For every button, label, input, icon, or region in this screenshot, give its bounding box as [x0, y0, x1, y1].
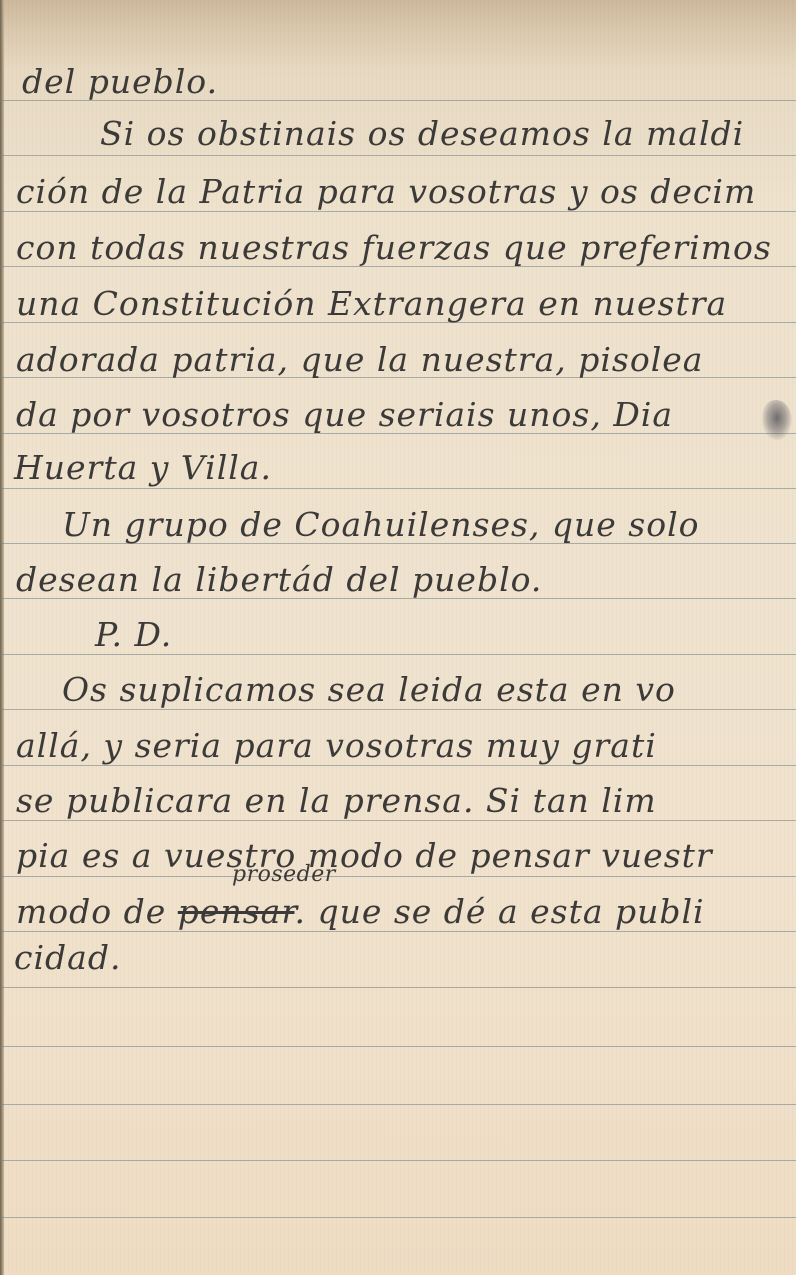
text-segment: . que se dé a esta publi	[294, 892, 704, 931]
text-line: se publicara en la prensa. Si tan lim	[16, 781, 657, 820]
ruled-line	[0, 1046, 796, 1047]
letter-page: del pueblo. Si os obstinais os deseamos …	[0, 0, 796, 1275]
struck-word: pensar	[178, 892, 295, 931]
ruled-line	[0, 820, 796, 821]
text-line: Os suplicamos sea leida esta en vo	[62, 670, 676, 709]
ruled-line	[0, 876, 796, 877]
postscript-label: P. D.	[95, 615, 172, 654]
text-line: Si os obstinais os deseamos la maldi	[100, 114, 744, 153]
text-line: adorada patria, que la nuestra, pisolea	[16, 340, 703, 379]
text-line: da por vosotros que seriais unos, Dia	[16, 395, 673, 434]
text-line-corrected: modo de pensar. que se dé a esta publi	[16, 892, 705, 931]
inserted-correction: proseder	[232, 862, 336, 887]
ink-blot	[762, 400, 792, 440]
text-line: pia es a vuestro modo de pensar vuestr	[16, 836, 713, 875]
ruled-line	[0, 1217, 796, 1218]
ruled-line	[0, 931, 796, 932]
ruled-line	[0, 155, 796, 156]
text-line: del pueblo.	[22, 62, 218, 101]
ruled-line	[0, 1104, 796, 1105]
text-line: ción de la Patria para vosotras y os dec…	[16, 172, 756, 211]
text-line: con todas nuestras fuerzas que preferimo…	[16, 228, 772, 267]
ruled-line	[0, 211, 796, 212]
ruled-line	[0, 709, 796, 710]
ruled-line	[0, 765, 796, 766]
text-line: allá, y seria para vosotras muy grati	[16, 726, 657, 765]
text-line: Un grupo de Coahuilenses, que solo	[62, 505, 700, 544]
page-left-edge	[0, 0, 4, 1275]
ruled-line	[0, 654, 796, 655]
text-line: cidad.	[14, 938, 121, 977]
ruled-line	[0, 987, 796, 988]
text-line: Huerta y Villa.	[14, 448, 272, 487]
text-line: desean la libertád del pueblo.	[16, 560, 542, 599]
ruled-line	[0, 488, 796, 489]
text-segment: modo de	[16, 892, 166, 931]
text-line: una Constitución Extrangera en nuestra	[16, 284, 727, 323]
ruled-line	[0, 1160, 796, 1161]
